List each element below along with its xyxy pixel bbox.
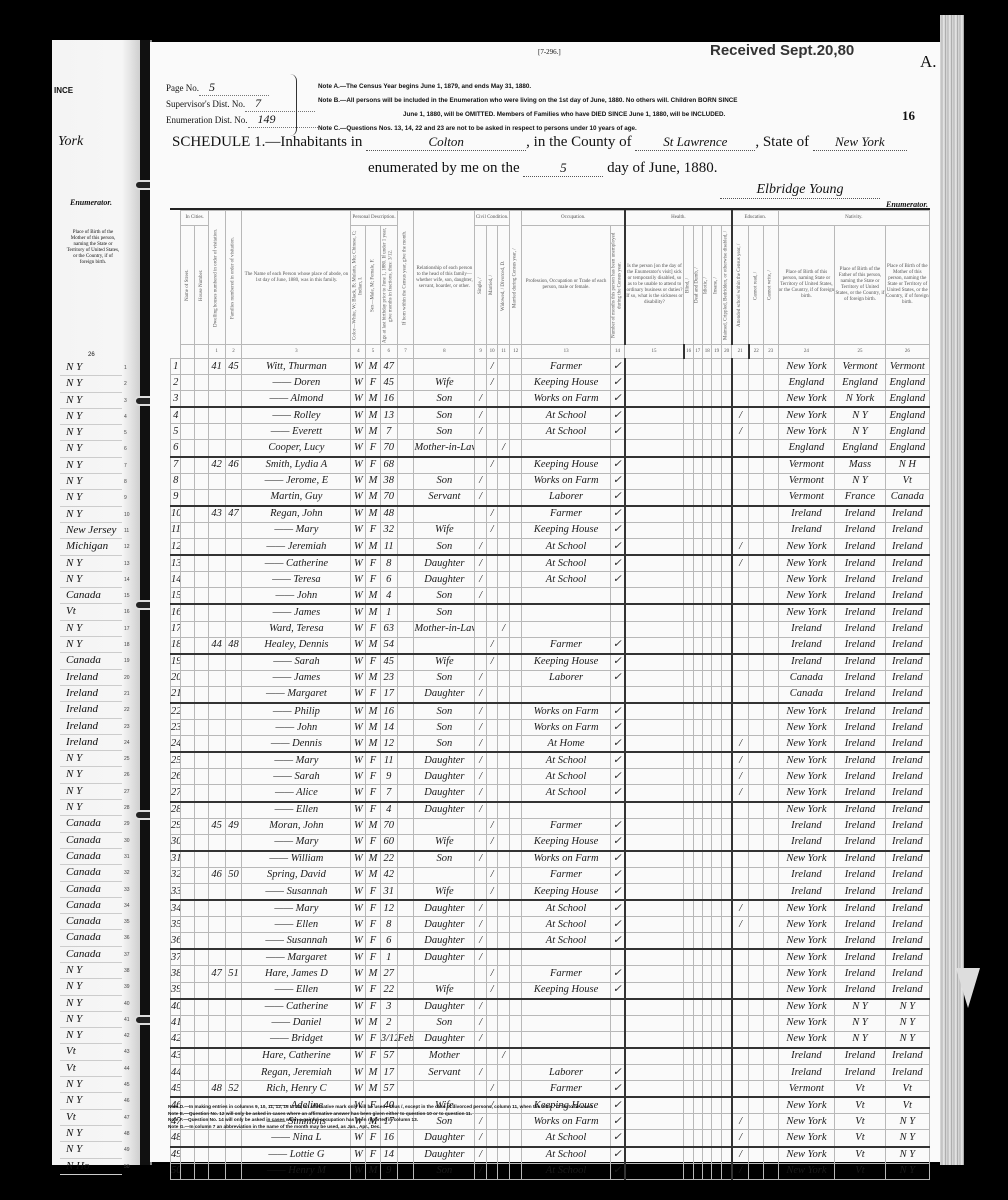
- unemployed-months-cell: ✓: [610, 752, 625, 769]
- house-cell: [195, 359, 209, 375]
- birth-month-cell: [397, 539, 414, 556]
- table-row: 4—— RolleyWM13Son/At School✓/New YorkN Y…: [171, 407, 930, 424]
- sickness-cell: [625, 999, 684, 1016]
- widowed-cell: [498, 1130, 510, 1147]
- single-cell: [475, 457, 487, 474]
- relationship-cell: Wife: [414, 522, 475, 538]
- father-birthplace-cell: Ireland: [835, 818, 885, 834]
- table-row: 294549Moran, JohnWM70/Farmer✓IrelandIrel…: [171, 818, 930, 834]
- street-cell: [181, 933, 195, 950]
- age-cell: 47: [380, 359, 397, 375]
- cannot-write-cell: [763, 785, 778, 802]
- health-col17-cell: [693, 736, 702, 753]
- dwelling-number: [208, 769, 225, 785]
- widowed-cell: [498, 670, 510, 686]
- birth-month-cell: Feb: [397, 1031, 414, 1048]
- mother-birthplace-cell: Vt: [885, 1081, 929, 1098]
- health-col17-cell: [693, 1130, 702, 1147]
- birthplace-cell: Vermont: [778, 1081, 835, 1098]
- age-cell: 22: [380, 851, 397, 868]
- unemployed-months-cell: ✓: [610, 867, 625, 883]
- attended-school-cell: [732, 933, 749, 950]
- married-cell: [486, 933, 498, 950]
- mother-birthplace-cell: Ireland: [885, 982, 929, 999]
- house-cell: [195, 457, 209, 474]
- street-cell: [181, 752, 195, 769]
- health-col16-cell: [684, 670, 693, 686]
- father-birthplace-cell: Ireland: [835, 1065, 885, 1081]
- health-col19-cell: [712, 654, 721, 671]
- street-cell: [181, 424, 195, 440]
- table-row: 3—— AlmondWM16Son/Works on Farm✓New York…: [171, 391, 930, 408]
- family-number: [225, 572, 242, 588]
- group-personal: Personal Description.: [351, 211, 397, 226]
- table-row: 37—— MargaretWF1Daughter/New YorkIreland…: [171, 949, 930, 966]
- age-cell: 70: [380, 440, 397, 457]
- attended-school-cell: [732, 489, 749, 506]
- father-birthplace-cell: Ireland: [835, 604, 885, 621]
- single-cell: /: [475, 407, 487, 424]
- health-col19-cell: [712, 1031, 721, 1048]
- cannot-write-cell: [763, 982, 778, 999]
- cannot-read-cell: [749, 867, 764, 883]
- single-cell: /: [475, 473, 487, 489]
- age-cell: 14: [380, 720, 397, 736]
- birthplace-cell: New York: [778, 900, 835, 917]
- birth-month-cell: [397, 670, 414, 686]
- prev-page-mother-birthplace: N Y: [60, 409, 122, 425]
- unemployed-months-cell: ✓: [610, 457, 625, 474]
- sickness-cell: [625, 1130, 684, 1147]
- health-col17-cell: [693, 1031, 702, 1048]
- married-cell: [486, 1163, 498, 1179]
- cannot-read-cell: [749, 720, 764, 736]
- column-number: 9: [475, 345, 487, 359]
- dwelling-number: [208, 654, 225, 671]
- column-number: 1: [208, 345, 225, 359]
- married-cell: [486, 703, 498, 720]
- relationship-cell: [414, 867, 475, 883]
- person-name: —— Susannah: [242, 884, 351, 901]
- health-col17-cell: [693, 686, 702, 703]
- widowed-cell: [498, 489, 510, 506]
- married-in-year-cell: [509, 867, 522, 883]
- color-cell: W: [351, 1163, 366, 1179]
- widowed-cell: [498, 391, 510, 408]
- relationship-cell: Son: [414, 1163, 475, 1179]
- age-cell: 7: [380, 785, 397, 802]
- line-number: 49: [171, 1147, 181, 1164]
- sex-cell: M: [366, 966, 381, 982]
- married-cell: [486, 686, 498, 703]
- dwelling-number: [208, 489, 225, 506]
- age-cell: 12: [380, 900, 397, 917]
- health-col16-cell: [684, 834, 693, 851]
- relationship-cell: Son: [414, 703, 475, 720]
- health-col20-cell: [721, 720, 732, 736]
- family-number: [225, 670, 242, 686]
- health-col17-cell: [693, 982, 702, 999]
- married-cell: [486, 440, 498, 457]
- birth-month-cell: [397, 473, 414, 489]
- prev-page-mother-birthplace: Ireland: [60, 719, 122, 735]
- birthplace-cell: New York: [778, 999, 835, 1016]
- person-name: —— John: [242, 720, 351, 736]
- person-name: —— Ellen: [242, 802, 351, 819]
- cannot-write-cell: [763, 539, 778, 556]
- cannot-write-cell: [763, 1048, 778, 1065]
- health-col16-cell: [684, 917, 693, 933]
- house-cell: [195, 769, 209, 785]
- married-cell: [486, 621, 498, 637]
- birth-month-cell: [397, 703, 414, 720]
- health-col18-cell: [702, 867, 711, 883]
- mother-birthplace-cell: N Y: [885, 999, 929, 1016]
- relationship-cell: Son: [414, 539, 475, 556]
- line-number: 2: [171, 375, 181, 391]
- house-cell: [195, 424, 209, 440]
- single-cell: /: [475, 752, 487, 769]
- attended-school-cell: [732, 867, 749, 883]
- age-cell: 13: [380, 407, 397, 424]
- married-cell: /: [486, 457, 498, 474]
- enum-day-value: 5: [523, 160, 603, 177]
- relationship-cell: Wife: [414, 834, 475, 851]
- mother-birthplace-cell: Ireland: [885, 933, 929, 950]
- mother-birthplace-cell: Ireland: [885, 769, 929, 785]
- column-number: 18: [702, 345, 711, 359]
- occupation-cell: Laborer: [522, 670, 610, 686]
- birthplace-cell: Ireland: [778, 1065, 835, 1081]
- prev-page-mother-birthplace: N Y: [60, 1028, 122, 1044]
- father-birthplace-cell: Ireland: [835, 949, 885, 966]
- family-number: [225, 949, 242, 966]
- occupation-cell: At School: [522, 917, 610, 933]
- prev-page-line-number: 23: [124, 719, 138, 735]
- married-cell: [486, 999, 498, 1016]
- relationship-cell: Son: [414, 424, 475, 440]
- birthplace-cell: New York: [778, 966, 835, 982]
- table-row: 28—— EllenWF4Daughter/New YorkIrelandIre…: [171, 802, 930, 819]
- cannot-write-cell: [763, 769, 778, 785]
- married-in-year-cell: [509, 407, 522, 424]
- color-cell: W: [351, 637, 366, 654]
- relationship-cell: [414, 1081, 475, 1098]
- health-col18-cell: [702, 982, 711, 999]
- widowed-cell: [498, 933, 510, 950]
- health-col20-cell: [721, 588, 732, 605]
- unemployed-months-cell: ✓: [610, 736, 625, 753]
- unemployed-months-cell: [610, 1015, 625, 1031]
- house-cell: [195, 1130, 209, 1147]
- single-cell: /: [475, 539, 487, 556]
- relationship-cell: Daughter: [414, 1147, 475, 1164]
- father-birthplace-cell: Vt: [835, 1147, 885, 1164]
- widowed-cell: [498, 588, 510, 605]
- street-cell: [181, 900, 195, 917]
- health-col20-cell: [721, 884, 732, 901]
- cannot-read-cell: [749, 703, 764, 720]
- mother-birthplace-cell: N Y: [885, 1031, 929, 1048]
- house-cell: [195, 1048, 209, 1065]
- father-birthplace-cell: Ireland: [835, 670, 885, 686]
- dwelling-number: [208, 933, 225, 950]
- attended-school-cell: /: [732, 424, 749, 440]
- sex-cell: M: [366, 391, 381, 408]
- health-col18-cell: [702, 752, 711, 769]
- sex-cell: F: [366, 785, 381, 802]
- health-col19-cell: [712, 736, 721, 753]
- health-col17-cell: [693, 720, 702, 736]
- family-number: [225, 802, 242, 819]
- health-col18-cell: [702, 851, 711, 868]
- column-number: 10: [486, 345, 498, 359]
- married-cell: [486, 1048, 498, 1065]
- birth-month-cell: [397, 818, 414, 834]
- single-cell: [475, 1048, 487, 1065]
- unemployed-months-cell: ✓: [610, 637, 625, 654]
- married-cell: [486, 1031, 498, 1048]
- mother-birthplace-cell: Vermont: [885, 359, 929, 375]
- street-cell: [181, 522, 195, 538]
- note-b-line2: June 1, 1880, will be OMITTED. Members o…: [318, 108, 918, 122]
- sex-cell: M: [366, 720, 381, 736]
- widowed-cell: [498, 1163, 510, 1179]
- occupation-cell: Keeping House: [522, 884, 610, 901]
- occupation-cell: Keeping House: [522, 375, 610, 391]
- married-cell: /: [486, 884, 498, 901]
- health-col16-cell: [684, 359, 693, 375]
- census-table: In Cities. Dwelling houses numbered in o…: [170, 208, 930, 1180]
- prev-page-line-number: 36: [124, 930, 138, 946]
- birth-month-cell: [397, 424, 414, 440]
- color-cell: W: [351, 375, 366, 391]
- house-cell: [195, 670, 209, 686]
- health-col17-cell: [693, 572, 702, 588]
- sex-cell: F: [366, 834, 381, 851]
- cannot-read-cell: [749, 522, 764, 538]
- dwelling-number: [208, 391, 225, 408]
- health-col16-cell: [684, 604, 693, 621]
- unemployed-months-cell: ✓: [610, 703, 625, 720]
- table-row: 5—— EverettWM7Son/At School✓/New YorkN Y…: [171, 424, 930, 440]
- dwelling-number: [208, 999, 225, 1016]
- prev-page-mother-birthplace: Canada: [60, 930, 122, 946]
- health-col18-cell: [702, 539, 711, 556]
- column-number: 19: [712, 345, 721, 359]
- health-col17-cell: [693, 1163, 702, 1179]
- health-col20-cell: [721, 900, 732, 917]
- married-in-year-cell: [509, 539, 522, 556]
- prev-page-mother-birthplace: Vt: [60, 1110, 122, 1126]
- mother-birthplace-cell: Ireland: [885, 654, 929, 671]
- color-cell: W: [351, 736, 366, 753]
- health-col19-cell: [712, 1015, 721, 1031]
- dwelling-number: 45: [208, 818, 225, 834]
- single-cell: /: [475, 851, 487, 868]
- table-row: 30—— MaryWF60Wife/Keeping House✓IrelandI…: [171, 834, 930, 851]
- color-cell: W: [351, 489, 366, 506]
- widowed-cell: [498, 686, 510, 703]
- cannot-write-cell: [763, 506, 778, 523]
- unemployed-months-cell: ✓: [610, 818, 625, 834]
- sex-cell: M: [366, 1015, 381, 1031]
- column-number: 25: [835, 345, 885, 359]
- column-number: 12: [509, 345, 522, 359]
- line-number: 34: [171, 900, 181, 917]
- married-in-year-cell: [509, 900, 522, 917]
- birthplace-cell: Ireland: [778, 654, 835, 671]
- health-col18-cell: [702, 1031, 711, 1048]
- health-col18-cell: [702, 391, 711, 408]
- cannot-write-cell: [763, 703, 778, 720]
- mother-birthplace-cell: England: [885, 391, 929, 408]
- attended-school-cell: [732, 1015, 749, 1031]
- age-cell: 32: [380, 522, 397, 538]
- health-col18-cell: [702, 736, 711, 753]
- health-col19-cell: [712, 999, 721, 1016]
- street-cell: [181, 621, 195, 637]
- age-cell: 14: [380, 1147, 397, 1164]
- prev-page-mother-birthplace: Canada: [60, 898, 122, 914]
- attended-school-cell: [732, 506, 749, 523]
- prev-page-line-number: 46: [124, 1093, 138, 1109]
- married-in-year-cell: [509, 670, 522, 686]
- color-cell: W: [351, 1130, 366, 1147]
- single-cell: /: [475, 1065, 487, 1081]
- birthplace-cell: New York: [778, 917, 835, 933]
- prev-page-line-number: 4: [124, 409, 138, 425]
- birthplace-cell: Ireland: [778, 834, 835, 851]
- unemployed-months-cell: ✓: [610, 900, 625, 917]
- family-number: [225, 785, 242, 802]
- health-col20-cell: [721, 818, 732, 834]
- age-cell: 23: [380, 670, 397, 686]
- family-number: [225, 834, 242, 851]
- married-cell: /: [486, 1081, 498, 1098]
- father-birthplace-cell: Ireland: [835, 654, 885, 671]
- line-number: 28: [171, 802, 181, 819]
- single-cell: /: [475, 720, 487, 736]
- sex-cell: F: [366, 522, 381, 538]
- health-col18-cell: [702, 999, 711, 1016]
- family-number: [225, 604, 242, 621]
- supervisor-no-value: 7: [245, 96, 315, 112]
- married-in-year-cell: [509, 802, 522, 819]
- line-number: 22: [171, 703, 181, 720]
- occupation-cell: [522, 949, 610, 966]
- health-col17-cell: [693, 917, 702, 933]
- married-in-year-cell: [509, 572, 522, 588]
- health-col17-cell: [693, 818, 702, 834]
- unemployed-months-cell: [610, 686, 625, 703]
- prev-page-line-number: 14: [124, 572, 138, 588]
- prev-page-line-number: 12: [124, 539, 138, 555]
- color-cell: W: [351, 703, 366, 720]
- health-col18-cell: [702, 818, 711, 834]
- health-col16-cell: [684, 489, 693, 506]
- health-col16-cell: [684, 654, 693, 671]
- married-cell: [486, 391, 498, 408]
- sex-cell: M: [366, 703, 381, 720]
- column-number: 11: [498, 345, 510, 359]
- house-cell: [195, 473, 209, 489]
- table-row: 34—— MaryWF12Daughter/At School✓/New Yor…: [171, 900, 930, 917]
- line-number: 10: [171, 506, 181, 523]
- attended-school-cell: [732, 1031, 749, 1048]
- mother-birthplace-cell: N Y: [885, 1163, 929, 1179]
- mother-birthplace-cell: Vt: [885, 473, 929, 489]
- sickness-cell: [625, 1081, 684, 1098]
- enumeration-no-value: 149: [248, 112, 318, 128]
- column-number: 22: [749, 345, 764, 359]
- married-in-year-cell: [509, 473, 522, 489]
- schedule-prefix: SCHEDULE 1.—Inhabitants in: [172, 134, 362, 150]
- line-number: 25: [171, 752, 181, 769]
- health-col19-cell: [712, 621, 721, 637]
- age-cell: 2: [380, 1015, 397, 1031]
- health-col16-cell: [684, 1065, 693, 1081]
- relationship-cell: Wife: [414, 884, 475, 901]
- sex-cell: F: [366, 686, 381, 703]
- birthplace-cell: New York: [778, 752, 835, 769]
- line-number: 23: [171, 720, 181, 736]
- house-cell: [195, 588, 209, 605]
- age-cell: 54: [380, 637, 397, 654]
- birth-month-cell: [397, 1130, 414, 1147]
- single-cell: [475, 966, 487, 982]
- cannot-write-cell: [763, 359, 778, 375]
- header-notes: Note A.—The Census Year begins June 1, 1…: [318, 80, 918, 136]
- cannot-write-cell: [763, 1065, 778, 1081]
- married-cell: /: [486, 654, 498, 671]
- birth-month-cell: [397, 407, 414, 424]
- single-cell: /: [475, 424, 487, 440]
- married-cell: [486, 555, 498, 572]
- dwelling-number: [208, 1163, 225, 1179]
- widowed-cell: [498, 917, 510, 933]
- table-row: 324650Spring, DavidWM42/Farmer✓IrelandIr…: [171, 867, 930, 883]
- dwelling-number: [208, 917, 225, 933]
- relationship-cell: Mother-in-Law: [414, 621, 475, 637]
- occupation-cell: At School: [522, 555, 610, 572]
- line-number: 15: [171, 588, 181, 605]
- prev-page-mother-birthplace: Canada: [60, 914, 122, 930]
- relationship-cell: Daughter: [414, 785, 475, 802]
- mother-birthplace-cell: Ireland: [885, 686, 929, 703]
- street-cell: [181, 375, 195, 391]
- mother-birthplace-cell: England: [885, 440, 929, 457]
- health-col20-cell: [721, 637, 732, 654]
- sickness-cell: [625, 686, 684, 703]
- health-col17-cell: [693, 522, 702, 538]
- sex-cell: F: [366, 933, 381, 950]
- sickness-cell: [625, 572, 684, 588]
- birth-month-cell: [397, 1163, 414, 1179]
- sickness-cell: [625, 769, 684, 785]
- married-in-year-cell: [509, 785, 522, 802]
- person-name: —— James: [242, 670, 351, 686]
- birthplace-cell: New York: [778, 785, 835, 802]
- person-name: —— Philip: [242, 703, 351, 720]
- prev-page-mother-birthplace: Canada: [60, 833, 122, 849]
- relationship-cell: [414, 637, 475, 654]
- health-col20-cell: [721, 867, 732, 883]
- widowed-cell: [498, 999, 510, 1016]
- person-name: —— Doren: [242, 375, 351, 391]
- widowed-cell: [498, 457, 510, 474]
- health-col18-cell: [702, 473, 711, 489]
